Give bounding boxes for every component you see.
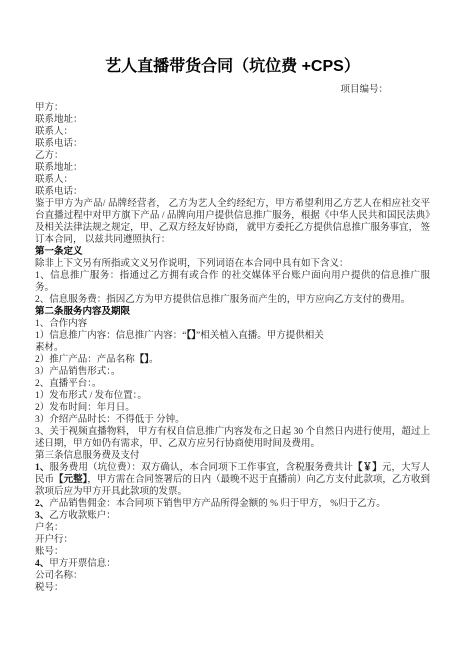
promo-content-item: 1）信息推广内容：信息推广内容：“【】”相关植入直播。甲方提供相关: [35, 330, 430, 342]
text-segment: 【￥】: [353, 463, 382, 473]
publish-time-item: 2）发布时间：年月日。: [35, 402, 430, 414]
text-segment: 3、: [35, 511, 49, 521]
text-segment: 联系电话：: [35, 187, 83, 197]
company-name-line: 公司名称：: [35, 570, 430, 582]
text-segment: 开户行：: [35, 535, 73, 545]
text-segment: 。: [149, 355, 159, 365]
promo-content-continuation: 素材。: [35, 342, 430, 354]
text-segment: 联系地址：: [35, 163, 83, 173]
preamble-paragraph: 鉴于甲方为产品/ 品牌经营者， 乙方为艺人全约经纪方，甲方希望利用乙方艺人在相应…: [35, 198, 430, 246]
account-name-line: 户名：: [35, 522, 430, 534]
text-segment: 2、: [35, 499, 49, 509]
cooperation-content-item: 1、合作内容: [35, 318, 430, 330]
invoice-info-item: 4、甲方开票信息：: [35, 558, 430, 570]
text-segment: 2）推广产品：产品名称: [35, 355, 135, 365]
text-segment: 账号：: [35, 547, 64, 557]
text-segment: 乙方：: [35, 151, 64, 161]
text-segment: 4、: [35, 559, 49, 569]
live-platform-item: 2、直播平台：。: [35, 378, 430, 390]
text-segment: 户名：: [35, 523, 64, 533]
contract-title: 艺人直播带货合同（坑位费 +CPS）: [35, 56, 430, 78]
text-segment: 1、信息推广服务：指通过乙方拥有或合作 的社交媒体平台账户面向用户提供的信息推广…: [35, 271, 430, 293]
party-a-line: 甲方：: [35, 102, 430, 114]
text-segment: 素材。: [35, 343, 64, 353]
text-segment: 第一条定义: [35, 247, 83, 257]
text-segment: 联系人：: [35, 127, 73, 137]
text-segment: 产品销售佣金：本合同项下销售甲方产品所得金额的 % 归于甲方， %归于乙方。: [49, 499, 385, 509]
text-segment: 第三条信息服务费及支付: [35, 451, 140, 461]
publish-format-item: 1）发布形式 / 发布位置：。: [35, 390, 430, 402]
service-fee-clause: 1、服务费用（坑位费）：双方确认，本合同项下工作事宜，含税服务费共计【￥】元，大…: [35, 462, 430, 498]
text-segment: 艺人直播带货合同（坑位费 +CPS）: [105, 58, 360, 75]
text-segment: 2、信息服务费：指因乙方为甲方提供信息推广服务而产生的，甲方应向乙方支付的费用。: [35, 295, 410, 305]
promo-product-item: 2）推广产品：产品名称【】。: [35, 354, 430, 366]
text-segment: 【元整】: [54, 475, 87, 485]
party-b-phone-line: 联系电话：: [35, 186, 430, 198]
party-a-contact-line: 联系人：: [35, 126, 430, 138]
video-material-clause: 3、关于视频直播物料， 甲方有权自信息推广内容发布之日起 30 个自然日内进行使…: [35, 426, 430, 450]
text-segment: 1）信息推广内容：信息推广内容：“: [35, 331, 186, 341]
text-segment: 联系人：: [35, 175, 73, 185]
text-segment: 服务费用（坑位费）：双方确认，本合同项下工作事宜，含税服务费共计: [50, 463, 354, 473]
text-segment: ”相关植入直播。甲方提供相关: [196, 331, 324, 341]
payee-account-item: 3、乙方收款账户：: [35, 510, 430, 522]
article-1-heading: 第一条定义: [35, 246, 430, 258]
text-segment: 联系地址：: [35, 115, 83, 125]
text-segment: 除非上下文另有所指或文义另作说明，下列词语在本合同中具有如下含义：: [35, 259, 349, 269]
definitions-intro: 除非上下文另有所指或文义另作说明，下列词语在本合同中具有如下含义：: [35, 258, 430, 270]
article-3-heading: 第三条信息服务费及支付: [35, 450, 430, 462]
text-segment: 税号：: [35, 583, 64, 593]
text-segment: 鉴于甲方为产品/ 品牌经营者， 乙方为艺人全约经纪方，甲方希望利用乙方艺人在相应…: [35, 199, 430, 245]
text-segment: 甲方开票信息：: [49, 559, 116, 569]
text-segment: 3）介绍产品时长：不得低于 分钟。: [35, 415, 185, 425]
tax-number-line: 税号：: [35, 582, 430, 594]
text-segment: 项目编号：: [340, 85, 388, 95]
account-number-line: 账号：: [35, 546, 430, 558]
text-segment: 1）发布形式 / 发布位置：。: [35, 391, 147, 401]
party-b-address-line: 联系地址：: [35, 162, 430, 174]
definition-1: 1、信息推广服务：指通过乙方拥有或合作 的社交媒体平台账户面向用户提供的信息推广…: [35, 270, 430, 294]
text-segment: 联系电话：: [35, 139, 83, 149]
text-segment: 公司名称：: [35, 571, 83, 581]
project-number-line: 项目编号：: [35, 84, 430, 96]
text-segment: ，甲方需在合同签署后的日内（最晚不迟于直播前）向乙方支付此款项，乙方收到款项后应…: [35, 475, 430, 497]
article-2-heading: 第二条服务内容及期限: [35, 306, 430, 318]
bank-line: 开户行：: [35, 534, 430, 546]
text-segment: 1、: [35, 463, 50, 473]
product-duration-item: 3）介绍产品时长：不得低于 分钟。: [35, 414, 430, 426]
text-segment: 【】: [186, 331, 196, 341]
text-segment: 3、关于视频直播物料， 甲方有权自信息推广内容发布之日起 30 个自然日内进行使…: [35, 427, 430, 449]
party-a-phone-line: 联系电话：: [35, 138, 430, 150]
text-segment: 2、直播平台：。: [35, 379, 102, 389]
contract-page: 艺人直播带货合同（坑位费 +CPS）项目编号：甲方：联系地址：联系人：联系电话：…: [0, 0, 463, 655]
sales-form-item: 3）产品销售形式：。: [35, 366, 430, 378]
text-segment: 乙方收款账户：: [49, 511, 116, 521]
text-segment: 甲方：: [35, 103, 64, 113]
text-segment: 2）发布时间：年月日。: [35, 403, 135, 413]
party-b-line: 乙方：: [35, 150, 430, 162]
party-b-contact-line: 联系人：: [35, 174, 430, 186]
text-segment: 第二条服务内容及期限: [35, 307, 130, 317]
commission-clause: 2、产品销售佣金：本合同项下销售甲方产品所得金额的 % 归于甲方， %归于乙方。: [35, 498, 430, 510]
definition-2: 2、信息服务费：指因乙方为甲方提供信息推广服务而产生的，甲方应向乙方支付的费用。: [35, 294, 430, 306]
party-a-address-line: 联系地址：: [35, 114, 430, 126]
text-segment: 【】: [135, 355, 149, 365]
text-segment: 1、合作内容: [35, 319, 87, 329]
text-segment: 3）产品销售形式：。: [35, 367, 121, 377]
